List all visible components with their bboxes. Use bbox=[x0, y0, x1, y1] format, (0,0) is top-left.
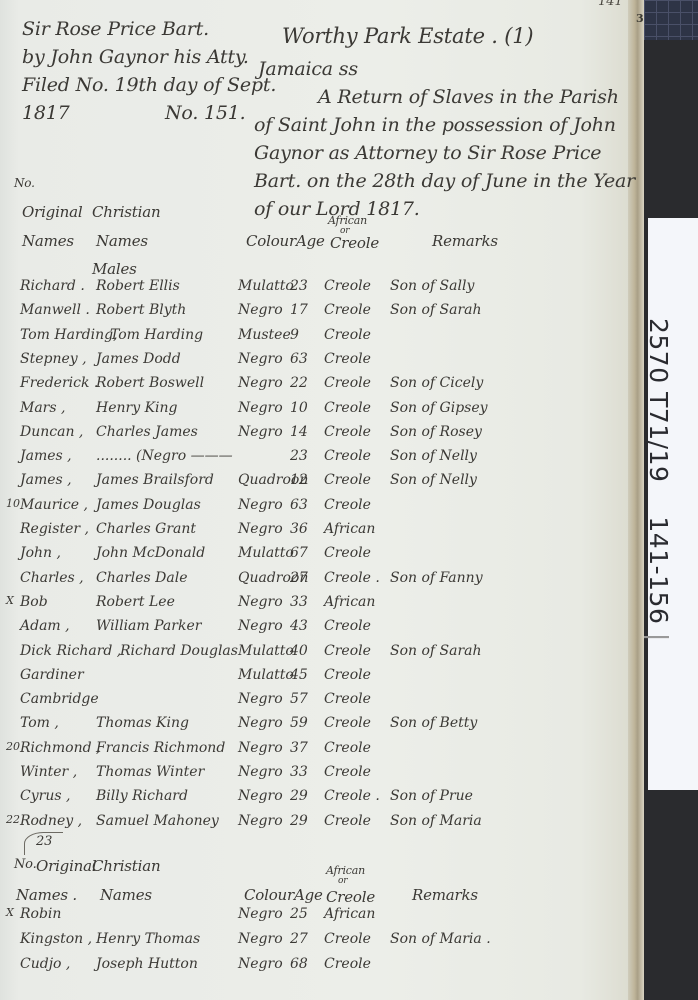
original-name: Mars , bbox=[20, 400, 65, 416]
archive-label: 2570 T71/19141-156 | bbox=[644, 318, 673, 642]
remarks: Son of Maria . bbox=[390, 931, 491, 947]
age: 40 bbox=[290, 643, 308, 659]
return-title-line2: of Saint John in the possession of John bbox=[254, 114, 616, 136]
header-left-line1: Sir Rose Price Bart. bbox=[22, 18, 209, 40]
colour: Mulatto bbox=[238, 278, 294, 294]
jurisdiction: Jamaica ss bbox=[258, 58, 358, 80]
colour: Negro bbox=[238, 906, 283, 922]
original-name: Charles , bbox=[20, 570, 84, 586]
t2-header-no: No. bbox=[14, 857, 37, 872]
t1-header-no: No. bbox=[14, 176, 35, 190]
age: 17 bbox=[290, 302, 308, 318]
colour: Negro bbox=[238, 351, 283, 367]
christian-name: Billy Richard bbox=[96, 788, 188, 804]
origin: African bbox=[324, 906, 375, 922]
origin: Creole bbox=[324, 424, 371, 440]
t2-header-age: Age bbox=[294, 886, 323, 904]
christian-name: Henry Thomas bbox=[96, 931, 200, 947]
original-name: Tom , bbox=[20, 715, 59, 731]
christian-name: Robert Boswell bbox=[96, 375, 204, 391]
age: 33 bbox=[290, 594, 308, 610]
row-number: X bbox=[6, 906, 14, 919]
colour: Negro bbox=[238, 691, 283, 707]
christian-name: Richard Douglas bbox=[120, 643, 238, 659]
christian-name: Tom Harding bbox=[110, 327, 203, 343]
age: 12 bbox=[290, 472, 308, 488]
age: 23 bbox=[290, 278, 308, 294]
header-left-number: No. 151. bbox=[165, 102, 246, 124]
section-males: Males bbox=[92, 260, 137, 278]
colour: Mulatto bbox=[238, 643, 294, 659]
colour: Mustee bbox=[238, 327, 291, 343]
t1-header-age: Age bbox=[296, 232, 325, 250]
origin: Creole bbox=[324, 278, 371, 294]
t1-header-colour: Colour bbox=[246, 232, 296, 250]
origin: Creole bbox=[324, 667, 371, 683]
remarks: Son of Cicely bbox=[390, 375, 483, 391]
christian-name: Samuel Mahoney bbox=[96, 813, 219, 829]
origin: African bbox=[324, 521, 375, 537]
origin: Creole bbox=[324, 618, 371, 634]
colour: Negro bbox=[238, 788, 283, 804]
origin: Creole bbox=[324, 497, 371, 513]
colour: Negro bbox=[238, 740, 283, 756]
christian-name: James Dodd bbox=[96, 351, 181, 367]
t1-header-christian: Christian bbox=[92, 203, 160, 221]
original-name: Adam , bbox=[20, 618, 70, 634]
remarks: Son of Prue bbox=[390, 788, 473, 804]
original-name: Richard . bbox=[20, 278, 85, 294]
origin: Creole bbox=[324, 715, 371, 731]
age: 9 bbox=[290, 327, 299, 343]
t1-header-remarks: Remarks bbox=[432, 232, 498, 250]
original-name: Maurice , bbox=[20, 497, 88, 513]
age: 63 bbox=[290, 497, 308, 513]
age: 57 bbox=[290, 691, 308, 707]
t2-header-origin: Creole bbox=[326, 888, 375, 906]
header-left-line3: Filed No. 19th day of Sept. bbox=[22, 74, 276, 96]
table1-total: 23 bbox=[36, 834, 52, 849]
origin: Creole bbox=[324, 691, 371, 707]
age: 33 bbox=[290, 764, 308, 780]
t2-header-original: Original bbox=[36, 857, 96, 875]
original-name: Bob bbox=[20, 594, 48, 610]
colour: Negro bbox=[238, 764, 283, 780]
header-left-year: 1817 bbox=[22, 102, 70, 124]
original-name: Richmond , bbox=[20, 740, 100, 756]
christian-name: Charles Grant bbox=[96, 521, 196, 537]
age: 67 bbox=[290, 545, 308, 561]
t2-header-colour: Colour bbox=[244, 886, 294, 904]
original-name: Rodney , bbox=[20, 813, 82, 829]
christian-name: Francis Richmond bbox=[96, 740, 225, 756]
origin: Creole bbox=[324, 545, 371, 561]
original-name: Cudjo , bbox=[20, 956, 70, 972]
age: 59 bbox=[290, 715, 308, 731]
colour: Negro bbox=[238, 302, 283, 318]
original-name: Cambridge bbox=[20, 691, 99, 707]
christian-name: Robert Blyth bbox=[96, 302, 186, 318]
colour: Negro bbox=[238, 497, 283, 513]
original-name: Stepney , bbox=[20, 351, 87, 367]
age: 37 bbox=[290, 740, 308, 756]
age: 22 bbox=[290, 375, 308, 391]
origin: Creole bbox=[324, 764, 371, 780]
colour: Negro bbox=[238, 956, 283, 972]
row-number: 20 bbox=[6, 740, 20, 753]
colour: Negro bbox=[238, 594, 283, 610]
origin: Creole bbox=[324, 351, 371, 367]
origin: Creole bbox=[324, 302, 371, 318]
christian-name: Thomas King bbox=[96, 715, 189, 731]
origin: Creole . bbox=[324, 788, 380, 804]
christian-name: Thomas Winter bbox=[96, 764, 204, 780]
remarks: Son of Betty bbox=[390, 715, 477, 731]
remarks: Son of Sally bbox=[390, 278, 474, 294]
remarks: Son of Maria bbox=[390, 813, 482, 829]
t2-header-christian-2: Names bbox=[100, 886, 152, 904]
christian-name: James Douglas bbox=[96, 497, 201, 513]
original-name: James , bbox=[20, 472, 72, 488]
colour: Negro bbox=[238, 521, 283, 537]
original-name: Winter , bbox=[20, 764, 77, 780]
age: 29 bbox=[290, 813, 308, 829]
remarks: Son of Sarah bbox=[390, 302, 482, 318]
origin: African bbox=[324, 594, 375, 610]
colour: Negro bbox=[238, 424, 283, 440]
origin: Creole bbox=[324, 375, 371, 391]
estate-title: Worthy Park Estate . (1) bbox=[282, 24, 533, 48]
page-number: 141 bbox=[598, 0, 623, 9]
t1-header-original: Original bbox=[22, 203, 82, 221]
age: 43 bbox=[290, 618, 308, 634]
origin: Creole bbox=[324, 643, 371, 659]
age: 29 bbox=[290, 788, 308, 804]
archive-reference: 2570 T71/19 bbox=[644, 318, 673, 482]
row-number: 22 bbox=[6, 813, 20, 826]
t2-header-original-2: Names . bbox=[16, 886, 77, 904]
remarks: Son of Nelly bbox=[390, 448, 477, 464]
archive-page-range: 141-156 bbox=[644, 516, 673, 624]
t1-header-original-2: Names bbox=[22, 232, 74, 250]
t2-header-remarks: Remarks bbox=[412, 886, 478, 904]
age: 25 bbox=[290, 906, 308, 922]
original-name: Cyrus , bbox=[20, 788, 70, 804]
original-name: John , bbox=[20, 545, 61, 561]
colour: Mulatto bbox=[238, 545, 294, 561]
origin: Creole bbox=[324, 740, 371, 756]
age: 36 bbox=[290, 521, 308, 537]
origin: Creole bbox=[324, 400, 371, 416]
christian-name: Robert Ellis bbox=[96, 278, 180, 294]
origin: Creole . bbox=[324, 570, 380, 586]
original-name: Register , bbox=[20, 521, 89, 537]
age: 27 bbox=[290, 570, 308, 586]
original-name: Kingston , bbox=[20, 931, 92, 947]
age: 10 bbox=[290, 400, 308, 416]
return-title-line1: A Return of Slaves in the Parish bbox=[318, 86, 619, 108]
remarks: Son of Fanny bbox=[390, 570, 483, 586]
age: 45 bbox=[290, 667, 308, 683]
return-title-line3: Gaynor as Attorney to Sir Rose Price bbox=[254, 142, 601, 164]
t2-header-christian: Christian bbox=[92, 857, 160, 875]
age: 68 bbox=[290, 956, 308, 972]
origin: Creole bbox=[324, 813, 371, 829]
t1-header-christian-2: Names bbox=[96, 232, 148, 250]
christian-name: William Parker bbox=[96, 618, 201, 634]
christian-name: Robert Lee bbox=[96, 594, 175, 610]
page-edge bbox=[628, 0, 644, 1000]
origin: Creole bbox=[324, 327, 371, 343]
christian-name: Charles James bbox=[96, 424, 198, 440]
colour: Negro bbox=[238, 375, 283, 391]
colour: Negro bbox=[238, 715, 283, 731]
christian-name: James Brailsford bbox=[96, 472, 214, 488]
remarks: Son of Gipsey bbox=[390, 400, 488, 416]
original-name: Gardiner bbox=[20, 667, 84, 683]
return-title-line4: Bart. on the 28th day of June in the Yea… bbox=[254, 170, 635, 192]
colour: Negro bbox=[238, 813, 283, 829]
t2-header-origin-or: or bbox=[338, 876, 347, 886]
row-number: 10 bbox=[6, 497, 20, 510]
origin: Creole bbox=[324, 931, 371, 947]
christian-name: John McDonald bbox=[96, 545, 205, 561]
remarks: Son of Sarah bbox=[390, 643, 482, 659]
origin: Creole bbox=[324, 448, 371, 464]
colour: Negro bbox=[238, 400, 283, 416]
original-name: Robin bbox=[20, 906, 61, 922]
header-left-line2: by John Gaynor his Atty. bbox=[22, 46, 249, 68]
original-name: James , bbox=[20, 448, 72, 464]
original-name: Duncan , bbox=[20, 424, 83, 440]
origin: Creole bbox=[324, 472, 371, 488]
tab-number: 3 bbox=[636, 12, 644, 25]
age: 63 bbox=[290, 351, 308, 367]
colour: Negro bbox=[238, 618, 283, 634]
christian-name: Joseph Hutton bbox=[96, 956, 198, 972]
original-name: Dick Richard , bbox=[20, 643, 121, 659]
age: 14 bbox=[290, 424, 308, 440]
christian-name: ........ (Negro ——— bbox=[96, 448, 233, 464]
colour: Mulatto bbox=[238, 667, 294, 683]
christian-name: Charles Dale bbox=[96, 570, 188, 586]
origin: Creole bbox=[324, 956, 371, 972]
row-number: X bbox=[6, 594, 14, 607]
original-name: Tom Harding, bbox=[20, 327, 118, 343]
age: 23 bbox=[290, 448, 308, 464]
original-name: Manwell . bbox=[20, 302, 90, 318]
remarks: Son of Nelly bbox=[390, 472, 477, 488]
colour: Negro bbox=[238, 931, 283, 947]
original-name: Frederick . bbox=[20, 375, 98, 391]
remarks: Son of Rosey bbox=[390, 424, 482, 440]
christian-name: Henry King bbox=[96, 400, 177, 416]
t1-header-origin: Creole bbox=[330, 234, 379, 252]
cutting-mat-background bbox=[644, 0, 698, 40]
age: 27 bbox=[290, 931, 308, 947]
